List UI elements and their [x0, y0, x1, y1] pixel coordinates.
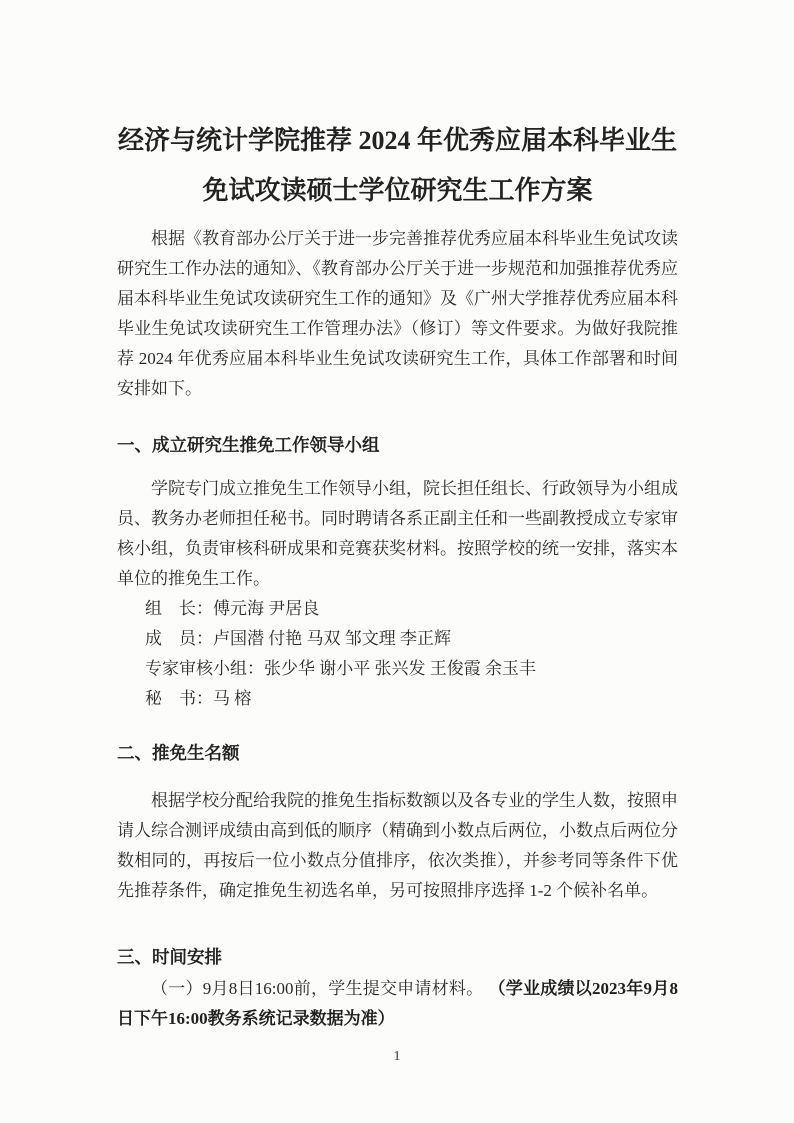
- section-2-heading: 二、推免生名额: [117, 738, 678, 768]
- intro-paragraph: 根据《教育部办公厅关于进一步完善推荐优秀应届本科毕业生免试攻读研究生工作办法的通…: [117, 224, 678, 404]
- document-page: 经济与统计学院推荐 2024 年优秀应届本科毕业生 免试攻读硕士学位研究生工作方…: [0, 0, 794, 1123]
- leadership-roster: 组 长：傅元海 尹居良 成 员：卢国潜 付艳 马双 邹文理 李正辉 专家审核小组…: [117, 594, 678, 714]
- section-3-item-1-text: （一）9月8日16:00前，学生提交申请材料。: [151, 979, 483, 998]
- document-title-line-2: 免试攻读硕士学位研究生工作方案: [117, 166, 678, 216]
- section-3-item-1: （一）9月8日16:00前，学生提交申请材料。（学业成绩以2023年9月8日下午…: [117, 974, 678, 1034]
- roster-line-group-leader: 组 长：傅元海 尹居良: [117, 594, 678, 624]
- section-1-paragraph: 学院专门成立推免生工作领导小组，院长担任组长、行政领导为小组成员、教务办老师担任…: [117, 474, 678, 594]
- section-1-heading: 一、成立研究生推免工作领导小组: [117, 430, 678, 460]
- section-3-heading: 三、时间安排: [117, 942, 678, 972]
- page-number: 1: [0, 1049, 794, 1065]
- roster-line-secretary: 秘 书：马 榕: [117, 684, 678, 714]
- section-2-paragraph: 根据学校分配给我院的推免生指标数额以及各专业的学生人数，按照申请人综合测评成绩由…: [117, 786, 678, 906]
- document-title: 经济与统计学院推荐 2024 年优秀应届本科毕业生 免试攻读硕士学位研究生工作方…: [117, 116, 678, 216]
- roster-line-members: 成 员：卢国潜 付艳 马双 邹文理 李正辉: [117, 624, 678, 654]
- roster-line-expert-review-group: 专家审核小组：张少华 谢小平 张兴发 王俊霞 余玉丰: [117, 654, 678, 684]
- document-title-line-1: 经济与统计学院推荐 2024 年优秀应届本科毕业生: [117, 116, 678, 166]
